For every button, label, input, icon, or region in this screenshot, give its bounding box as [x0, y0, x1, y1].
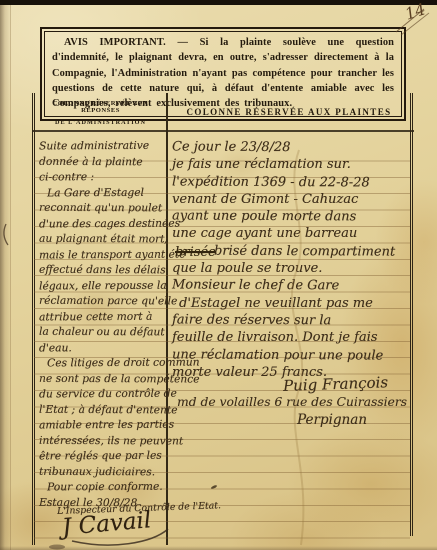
handwritten-line: légaux, elle repousse la: [39, 277, 167, 293]
handwritten-line: une cage ayant une barreau: [172, 225, 414, 242]
admin-response-intro: Suite administrativedonnée à la plaintec…: [39, 138, 167, 185]
handwritten-line: du service du contrôle de: [39, 386, 167, 402]
complaint-body: Ce jour le 23/8/28je fais une réclamatio…: [172, 139, 414, 381]
scan-bottom-edge: [0, 546, 437, 550]
handwritten-line: ci-contre :: [39, 169, 167, 185]
handwritten-line: ayant une poule morte dans: [172, 208, 414, 227]
handwritten-line: d'une des cages destinées: [39, 215, 167, 231]
complaints-column-header: COLONNE RÉSERVÉE AUX PLAINTES: [168, 107, 410, 117]
complainant-city: Perpignan: [297, 412, 367, 428]
crossed-out-word: brisée: [175, 245, 216, 260]
handwritten-line: réclamation parce qu'elle: [39, 293, 167, 309]
handwritten-line: être réglés que par les: [39, 448, 167, 464]
handwritten-line: Monsieur le chef de Gare: [172, 277, 414, 296]
handwritten-line: mais le transport ayant été: [39, 246, 167, 262]
handwritten-line: attribue cette mort à: [39, 308, 167, 324]
notice-title: AVIS IMPORTANT.: [64, 37, 166, 48]
complainant-signature: Puig François: [283, 373, 389, 395]
handwritten-line: Ces litiges de droit commun: [39, 355, 167, 371]
admin-column-header: COLONNE RÉSERVÉE AUX RÉPONSES DE L'ADMIN…: [35, 100, 166, 126]
handwritten-line: que la poule se trouve.: [172, 260, 414, 277]
admin-header-line1: COLONNE RÉSERVÉE AUX RÉPONSES: [35, 100, 166, 114]
scan-top-edge: [0, 0, 437, 5]
admin-response-para1: La Gare d'Estagelreconnait qu'un pouletd…: [39, 185, 167, 356]
admin-header-line2: DE L'ADMINISTRATION: [35, 119, 166, 126]
handwritten-line: effectué dans les délais: [39, 262, 167, 278]
handwritten-line: donnée à la plainte: [39, 153, 167, 169]
handwritten-line: venant de Gimont - Cahuzac: [172, 191, 414, 208]
header-underline: [32, 130, 414, 132]
fold-line: [10, 0, 11, 550]
handwritten-line: d'eau.: [39, 339, 167, 355]
handwritten-line: l'Etat ; à défaut d'entente: [39, 401, 167, 417]
handwritten-line: faire des réserves sur la: [172, 311, 414, 330]
admin-response-text: Suite administrativedonnée à la plaintec…: [39, 138, 167, 510]
admin-response-para2: Ces litiges de droit communne sont pas d…: [39, 355, 167, 479]
handwritten-line: reconnait qu'un poulet: [39, 200, 167, 216]
handwritten-line: amiable entre les parties: [39, 417, 167, 433]
handwritten-line: intéressées, ils ne peuvent: [39, 432, 167, 448]
handwritten-line: Pour copie conforme.: [39, 479, 167, 495]
handwritten-line: l'expédition 1369 - du 22-8-28: [172, 173, 414, 192]
handwritten-line: au plaignant était mort;: [39, 231, 167, 247]
handwritten-line: je fais une réclamation sur.: [172, 156, 414, 173]
handwritten-line: Ce jour le 23/8/28: [172, 138, 414, 157]
handwritten-line: une réclamation pour une poule: [172, 346, 414, 365]
handwritten-line: ne sont pas de la compétence: [39, 370, 167, 386]
handwritten-line: d'Estagel ne veuillant pas me: [172, 295, 414, 312]
handwritten-line: La Gare d'Estagel: [39, 184, 167, 200]
handwritten-line: Suite administrative: [39, 138, 167, 154]
table-left-border: [32, 93, 35, 545]
handwritten-line: la chaleur ou au défaut: [39, 324, 167, 340]
handwritten-line: feuille de livraison. Dont je fais: [172, 329, 414, 346]
handwritten-line: tribunaux judiciaires.: [39, 463, 167, 479]
complainant-profession-address: md de volailles 6 rue des Cuirassiers: [177, 395, 407, 409]
